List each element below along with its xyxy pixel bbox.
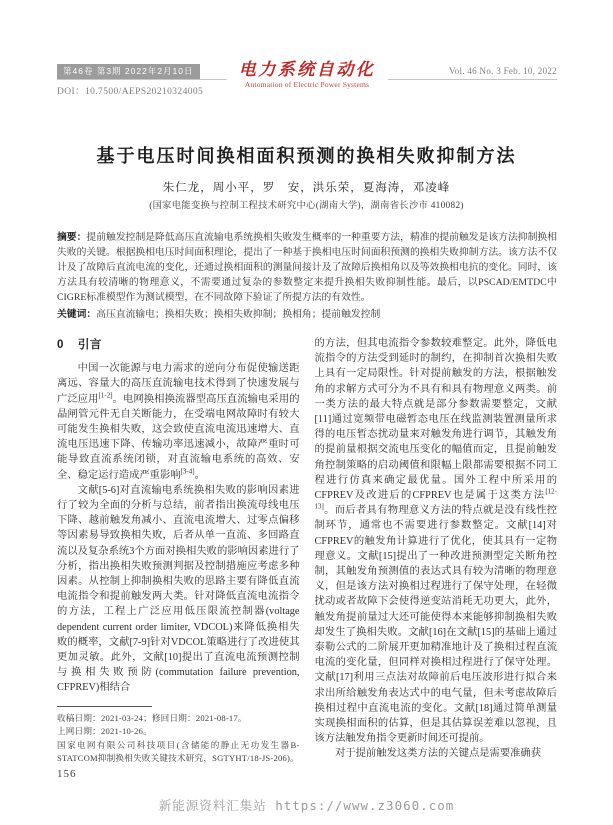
page-header: 第46卷 第3期 2022年2月10日 DOI：10.7500/AEPS2021… <box>57 60 557 102</box>
footnote-block: 收稿日期：2021-03-24；修回日期：2021-08-17。上网日期：202… <box>57 706 300 766</box>
journal-title-cn: 电力系统自动化 <box>239 60 376 80</box>
paragraph: 中国一次能源与电力需求的逆向分布促使输送距离远、容量大的高压直流输电技术得到了快… <box>57 361 300 483</box>
section-number: 0 <box>57 339 64 351</box>
keywords-text: 高压直流输电；换相失败；换相失败抑制；换相角；提前触发控制 <box>96 309 380 320</box>
body-columns: 0引言 中国一次能源与电力需求的逆向分布促使输送距离远、容量大的高压直流输电技术… <box>57 336 557 766</box>
paragraph: 的方法，但其电流指令参数较难整定。此外，降低电流指令的方法受到延时的制约，在抑制… <box>315 336 558 746</box>
paragraph: 对于提前触发这类方法的关键点是需要准确获 <box>315 746 558 761</box>
left-column: 0引言 中国一次能源与电力需求的逆向分布促使输送距离远、容量大的高压直流输电技术… <box>57 336 300 766</box>
section-heading: 0引言 <box>57 338 300 353</box>
footnote-lines: 收稿日期：2021-03-24；修回日期：2021-08-17。上网日期：202… <box>57 712 300 766</box>
abstract-block: 摘要：提前触发控制是降低高压直流输电系统换相失败发生概率的一种重要方法，精准的提… <box>57 230 557 322</box>
affiliation-line: (国家电能变换与控制工程技术研究中心(湖南大学)，湖南省长沙市 410082) <box>0 197 613 211</box>
abstract-text: 提前触发控制是降低高压直流输电系统换相失败发生概率的一种重要方法，精准的提前触发… <box>57 232 557 303</box>
issue-info-badge: 第46卷 第3期 2022年2月10日 <box>57 64 200 79</box>
section-title: 引言 <box>78 339 102 351</box>
footnote-line: 上网日期：2021-10-26。 <box>57 725 300 739</box>
text-run: 。而后者具有物理意义方法的特点就是没有线性控制环节，通常也不需要进行参数整定。文… <box>315 505 558 744</box>
right-column-text: 的方法，但其电流指令参数较难整定。此外，降低电流指令的方法受到延时的制约，在抑制… <box>315 336 558 762</box>
text-run: 。 <box>195 470 205 481</box>
paragraph: 文献[5-6]对直流输电系统换相失败的影响因素进行了较为全面的分析与总结，前者指… <box>57 483 300 696</box>
journal-title-en: Automation of Electric Power Systems <box>239 80 376 90</box>
text-run: 对于提前触发这类方法的关键点是需要准确获 <box>335 748 541 759</box>
left-column-text: 中国一次能源与电力需求的逆向分布促使输送距离远、容量大的高压直流输电技术得到了快… <box>57 361 300 695</box>
footnote-divider <box>57 706 152 707</box>
journal-logo: 电力系统自动化 Automation of Electric Power Sys… <box>227 60 388 90</box>
abstract-paragraph: 摘要：提前触发控制是降低高压直流输电系统换相失败发生概率的一种重要方法，精准的提… <box>57 230 557 305</box>
keywords-line: 关键词：高压直流输电；换相失败；换相失败抑制；换相角；提前触发控制 <box>57 307 557 322</box>
authors-line: 朱仁龙，周小平，罗 安，洪乐荣，夏海涛，邓凌峰 <box>0 179 613 195</box>
doi-text: DOI：10.7500/AEPS20210324005 <box>57 83 203 97</box>
reference-marker: [1-2] <box>99 391 113 399</box>
journal-page: 第46卷 第3期 2022年2月10日 DOI：10.7500/AEPS2021… <box>0 0 613 825</box>
reference-marker: [3-4] <box>181 467 195 475</box>
text-run: 文献[5-6]对直流输电系统换相失败的影响因素进行了较为全面的分析与总结，前者指… <box>57 485 300 694</box>
watermark-text: 新能源资料汇集站 https://www.z3060.com <box>0 796 613 814</box>
footnote-line: 收稿日期：2021-03-24；修回日期：2021-08-17。 <box>57 712 300 726</box>
abstract-label: 摘要： <box>57 232 86 243</box>
text-run: 的方法，但其电流指令参数较难整定。此外，降低电流指令的方法受到延时的制约，在抑制… <box>315 338 558 501</box>
keywords-label: 关键词： <box>57 309 96 320</box>
volume-info: Vol. 46 No. 3 Feb. 10, 2022 <box>449 66 557 76</box>
right-column: 的方法，但其电流指令参数较难整定。此外，降低电流指令的方法受到延时的制约，在抑制… <box>315 336 558 766</box>
text-run: 。电网换相换流器型高压直流输电采用的晶闸管元件无自关断能力，在受端电网故障时有较… <box>57 394 300 481</box>
page-number: 156 <box>57 768 77 780</box>
footnote-line: 国家电网有限公司科技项目(含储能的静止无功发生器B-STATCOM抑制换相失败关… <box>57 739 300 766</box>
paper-title: 基于电压时间换相面积预测的换相失败抑制方法 <box>0 142 613 168</box>
